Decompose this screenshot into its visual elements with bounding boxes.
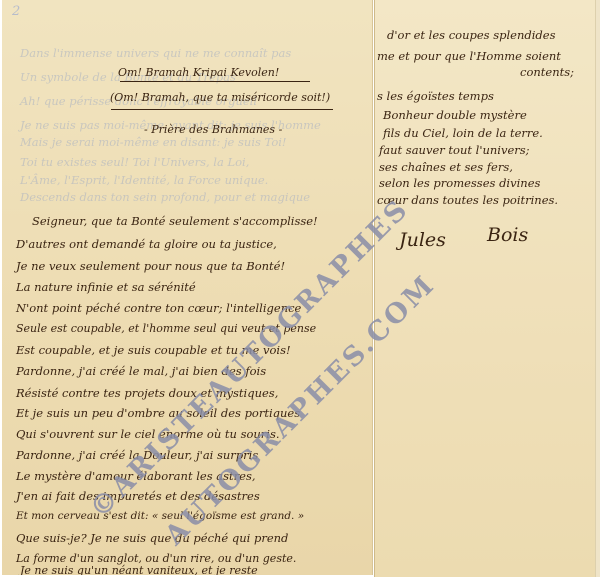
poem-line: Que suis-je? Je ne suis que du péché qui… [16, 531, 288, 545]
poem-line: Je ne veux seulement pour nous que ta Bo… [16, 259, 285, 273]
ghost-line: Mais je serai moi-même en disant: je sui… [20, 135, 287, 149]
right-page-line: Bonheur double mystère [383, 108, 527, 122]
page-edge [595, 0, 600, 577]
ghost-line: Descends dans ton sein profond, pour et … [20, 190, 310, 204]
title-line-3: - Prière des Brahmanes - [144, 123, 282, 136]
poem-line: La nature infinie et sa sérénité [16, 280, 196, 294]
poem-line: Pardonne, j'ai créé la Douleur, j'ai sur… [16, 448, 258, 462]
right-page-line: fils du Ciel, loin de la terre. [383, 126, 543, 140]
poem-line: Je ne suis qu'un néant vaniteux, et je r… [20, 564, 258, 575]
right-page-line: faut sauver tout l'univers; [379, 143, 530, 157]
signature-first-name: Jules [399, 229, 446, 251]
poem-line: Le mystère d'amour élaborant les astres, [16, 469, 256, 483]
right-page-line: ses chaînes et ses fers, [379, 160, 513, 174]
poem-line: Seigneur, que ta Bonté seulement s'accom… [32, 214, 318, 228]
page-number: 2 [12, 4, 20, 19]
poem-line: Qui s'ouvrent sur le ciel énorme où tu s… [16, 427, 280, 441]
poem-line: N'ont point péché contre ton cœur; l'int… [16, 301, 301, 315]
ghost-line: L'Âme, l'Esprit, l'Identité, la Force un… [20, 173, 268, 187]
title-underline-2 [111, 109, 333, 110]
title-line-2: (Om! Bramah, que ta miséricorde soit!) [110, 91, 330, 104]
title-line-1: Om! Bramah Kripai Kevolen! [118, 66, 279, 79]
poem-line: D'autres ont demandé ta gloire ou ta jus… [16, 237, 277, 251]
signature-last-name: Bois [487, 224, 528, 246]
right-page-line: cœur dans toutes les poitrines. [377, 193, 558, 207]
right-page: d'or et les coupes splendides me et pour… [374, 0, 599, 577]
manuscript-scan: 2 Dans l'immense univers qui ne me conna… [0, 0, 600, 581]
poem-line: J'en ai fait des impuretés et des désast… [16, 489, 260, 503]
right-page-line: contents; [520, 65, 574, 79]
ghost-line: Toi tu existes seul! Toi l'Univers, la L… [20, 155, 249, 169]
right-page-line: selon les promesses divines [379, 176, 540, 190]
right-page-line: d'or et les coupes splendides [387, 28, 555, 42]
left-page: 2 Dans l'immense univers qui ne me conna… [2, 0, 373, 575]
right-page-line: me et pour que l'Homme soient [377, 49, 561, 63]
poem-line: Pardonne, j'ai créé le mal, j'ai bien de… [16, 364, 266, 378]
poem-line: Et je suis un peu d'ombre au soleil des … [16, 406, 300, 420]
poem-line: Et mon cerveau s'est dit: « seul l'égoïs… [16, 510, 304, 522]
poem-line: Seule est coupable, et l'homme seul qui … [16, 322, 316, 335]
right-page-line: s les égoïstes temps [377, 89, 494, 103]
title-underline [120, 81, 310, 82]
poem-line: Résisté contre tes projets doux et mysti… [16, 386, 278, 400]
ghost-line: Dans l'immense univers qui ne me connaît… [20, 46, 291, 60]
poem-line: Est coupable, et je suis coupable et tu … [16, 343, 291, 357]
